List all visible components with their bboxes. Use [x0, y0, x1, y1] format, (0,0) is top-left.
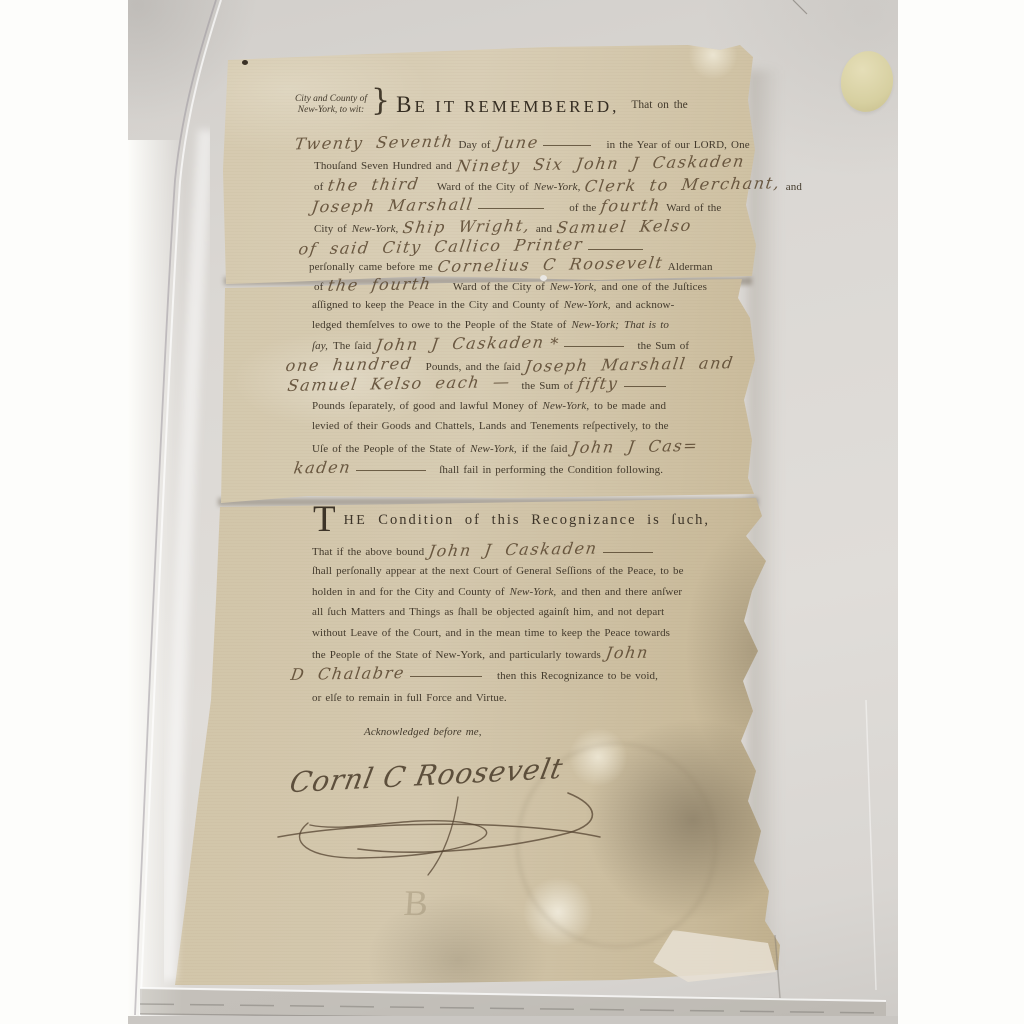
printed-italic-text: That is to [624, 319, 669, 331]
handwritten-text: John J Cas= [571, 436, 700, 457]
printed-text: and [786, 181, 802, 193]
document-line: City ofNew-York,Ship Wright,andSamuel Ke… [314, 217, 697, 237]
printed-text: ſhall fail in performing the Condition f… [439, 464, 663, 476]
handwritten-text: Clerk to Merchant, [584, 173, 783, 195]
printed-text: of the [569, 202, 596, 214]
printed-italic-text: Acknowledged before me, [364, 726, 482, 738]
that-on-the-text: That on the [631, 99, 687, 111]
printed-text: Condition of this Recognizance is ſuch, [378, 512, 710, 528]
rule-line [624, 377, 666, 387]
be-it-remembered-heading: BE IT REMEMBERED, [396, 92, 619, 118]
printed-text: ledged themſelves to owe to the People o… [312, 319, 566, 331]
venue-line: New-York, to wit: [293, 105, 369, 116]
printed-text: the People of the State of New-York, and… [312, 649, 601, 661]
document-header: City and County of New-York, to wit: } B… [293, 88, 688, 118]
document-line: THECondition of this Recognizance is ſuc… [313, 510, 715, 530]
printed-text: City of [314, 223, 347, 235]
document-line: Thouſand Seven Hundred andNinety Six Joh… [314, 154, 750, 174]
brace-glyph: } [371, 86, 390, 116]
document-line: perſonally came before meCornelius C Roo… [309, 255, 718, 275]
handwritten-text: Ninety Six John J Caskaden [455, 151, 746, 175]
handwritten-text: the fourth [327, 274, 433, 295]
printed-text: then this Recognizance to be void, [497, 670, 658, 682]
printed-text: The ſaid [333, 340, 371, 352]
printed-italic-text: New-York, [550, 281, 597, 293]
document-line: one hundredPounds, and the ſaidJoseph Ma… [286, 355, 739, 375]
printed-italic-text: New-York, [564, 299, 611, 311]
drop-cap: T [313, 499, 339, 540]
rule-line [588, 240, 643, 250]
venue-caption: City and County of New-York, to wit: [293, 94, 369, 116]
document-line: Joseph Marshallof thefourthWard of the [312, 196, 726, 216]
document-line: levied of their Goods and Chattels, Land… [312, 416, 674, 434]
document-line: Uſe of the People of the State ofNew-Yor… [312, 437, 704, 457]
handwritten-text: the third [327, 174, 421, 195]
printed-text: of [314, 181, 323, 193]
printed-italic-text: New-York; [571, 319, 619, 331]
document-text-layer: City and County of New-York, to wit: } B… [128, 0, 898, 1024]
printed-text: Alderman [668, 261, 713, 273]
signature-block: Cornl C Roosevelt [268, 745, 618, 890]
printed-text: perſonally came before me [309, 261, 433, 273]
document-line: Samuel Kelso each —the Sum offifty [288, 374, 671, 394]
printed-text: Pounds ſeparately, of good and lawful Mo… [312, 400, 538, 412]
rule-line [356, 461, 426, 471]
rule-line [543, 136, 591, 146]
document-line: D Chalabrethen this Recognizance to be v… [291, 664, 663, 684]
handwritten-text: Joseph Marshall [310, 195, 474, 217]
document-line: Acknowledged before me, [364, 722, 487, 740]
printed-text: and acknow- [616, 299, 675, 311]
document-line: or elſe to remain in full Force and Virt… [312, 688, 512, 706]
document-line: ſhall perſonally appear at the next Cour… [312, 561, 689, 579]
printed-text: Thouſand Seven Hundred and [314, 160, 452, 172]
handwritten-text: Ship Wright, [402, 216, 532, 237]
printed-text: That if the above bound [312, 546, 424, 558]
handwritten-text: Twenty Seventh [293, 132, 455, 154]
handwritten-text: D Chalabre [290, 663, 407, 684]
printed-text: Day of [459, 139, 491, 151]
document-line: ſay,The ſaidJohn J Caskaden*the Sum of [312, 334, 694, 354]
venue-line: City and County of [293, 94, 369, 105]
document-line: all ſuch Matters and Things as ſhall be … [312, 602, 669, 620]
printed-text: all ſuch Matters and Things as ſhall be … [312, 606, 664, 618]
printed-text: the Sum of [637, 340, 689, 352]
handwritten-text: one hundred [284, 354, 414, 375]
document-line: That if the above boundJohn J Caskaden [312, 540, 658, 560]
document-line: aſſigned to keep the Peace in the City a… [312, 295, 679, 313]
printed-text: Ward of the City of [453, 281, 545, 293]
printed-text: of [314, 281, 323, 293]
printed-italic-text: ſay, [312, 340, 328, 352]
printed-text: the Sum of [521, 380, 573, 392]
printed-text: and [536, 223, 552, 235]
printed-text: holden in and for the City and County of [312, 586, 505, 598]
printed-text: Ward of the [666, 202, 721, 214]
rule-line [410, 667, 482, 677]
printed-text: Uſe of the People of the State of [312, 443, 465, 455]
handwritten-text: June [494, 133, 540, 153]
handwritten-text: kaden [293, 458, 353, 478]
printed-italic-text: New-York, [470, 443, 517, 455]
printed-text: Ward of the City of [437, 181, 529, 193]
document-line: holden in and for the City and County of… [312, 582, 687, 600]
document-line: ofthe thirdWard of the City ofNew-York,C… [314, 175, 807, 195]
handwritten-text: Cornelius C Roosevelt [436, 253, 664, 276]
handwritten-text: Samuel Kelso each — [286, 372, 512, 395]
printed-text: without Leave of the Court, and in the m… [312, 627, 670, 639]
printed-italic-text: New-York, [534, 181, 581, 193]
printed-text: to be made and [594, 400, 666, 412]
printed-text: aſſigned to keep the Peace in the City a… [312, 299, 559, 311]
surface-below-sleeve [128, 1016, 898, 1024]
printed-text: levied of their Goods and Chattels, Land… [312, 420, 669, 432]
rule-line [478, 199, 544, 209]
printed-text: and one of the Juſtices [602, 281, 707, 293]
handwritten-text: Joseph Marshall and [524, 353, 736, 376]
document-line: Pounds ſeparately, of good and lawful Mo… [312, 396, 671, 414]
document-line: Twenty SeventhDay ofJunein the Year of o… [295, 133, 755, 153]
printed-text: in the Year of our LORD, One [606, 139, 749, 151]
document-line: the People of the State of New-York, and… [312, 643, 654, 663]
rule-line [603, 543, 653, 553]
handwritten-text: John J Caskaden [375, 333, 547, 355]
printed-italic-text: New-York, [352, 223, 399, 235]
handwritten-text: fourth [600, 195, 663, 215]
printed-text: if the ſaid [522, 443, 568, 455]
printed-italic-text: New-York, [510, 586, 557, 598]
document-line: kadenſhall fail in performing the Condit… [294, 458, 668, 478]
photograph: City and County of New-York, to wit: } B… [128, 0, 898, 1024]
handwritten-text: John J Caskaden [428, 539, 600, 561]
document-line: ledged themſelves to owe to the People o… [312, 315, 674, 333]
printed-caps-text: HE [344, 513, 368, 528]
printed-text: ſhall perſonally appear at the next Cour… [312, 565, 684, 577]
printed-text: or elſe to remain in full Force and Virt… [312, 692, 507, 704]
document-line: ofthe fourthWard of the City ofNew-York,… [314, 275, 712, 295]
printed-italic-text: New-York, [543, 400, 590, 412]
handwritten-text: John [604, 643, 650, 663]
handwritten-text: * [548, 334, 560, 353]
handwritten-text: fifty [577, 374, 620, 394]
rule-line [564, 337, 624, 347]
printed-text: and then and there anſwer [561, 586, 682, 598]
document-line: without Leave of the Court, and in the m… [312, 623, 675, 641]
